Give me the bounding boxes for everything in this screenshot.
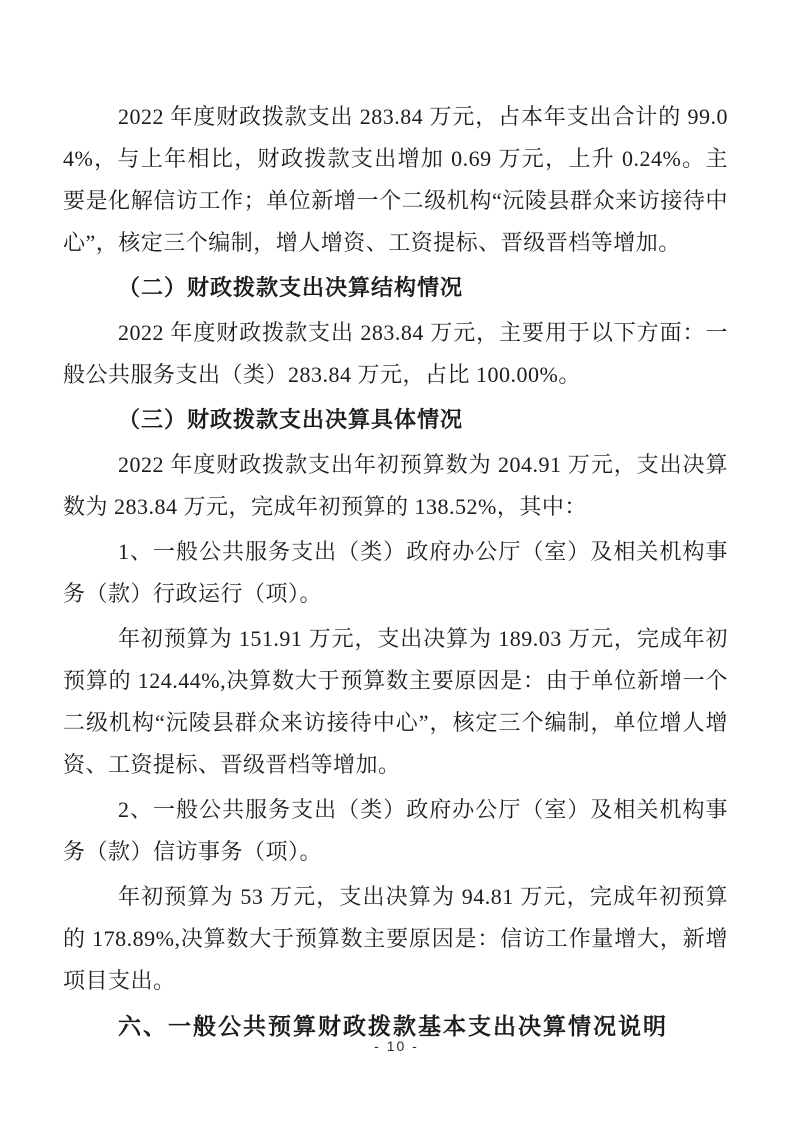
heading-expenditure-detail: （三）财政拨款支出决算具体情况 bbox=[63, 399, 728, 441]
page-number: - 10 - bbox=[0, 1038, 793, 1054]
heading-expenditure-structure: （二）财政拨款支出决算结构情况 bbox=[63, 267, 728, 309]
para-item-2-detail: 年初预算为 53 万元，支出决算为 94.81 万元，完成年初预算的 178.8… bbox=[63, 876, 728, 1002]
document-body: 2022 年度财政拨款支出 283.84 万元，占本年支出合计的 99.04%，… bbox=[63, 96, 728, 1050]
para-budget-vs-final: 2022 年度财政拨款支出年初预算数为 204.91 万元，支出决算数为 283… bbox=[63, 444, 728, 528]
para-expenditure-overview: 2022 年度财政拨款支出 283.84 万元，占本年支出合计的 99.04%，… bbox=[63, 96, 728, 264]
para-item-1-administrative-operation: 1、一般公共服务支出（类）政府办公厅（室）及相关机构事务（款）行政运行（项）。 bbox=[63, 531, 728, 615]
para-item-2-petition-affairs: 2、一般公共服务支出（类）政府办公厅（室）及相关机构事务（款）信访事务（项）。 bbox=[63, 789, 728, 873]
para-item-1-detail: 年初预算为 151.91 万元，支出决算为 189.03 万元，完成年初预算的 … bbox=[63, 618, 728, 786]
para-expenditure-structure: 2022 年度财政拨款支出 283.84 万元，主要用于以下方面：一般公共服务支… bbox=[63, 312, 728, 396]
document-page: 2022 年度财政拨款支出 283.84 万元，占本年支出合计的 99.04%，… bbox=[0, 0, 793, 1122]
